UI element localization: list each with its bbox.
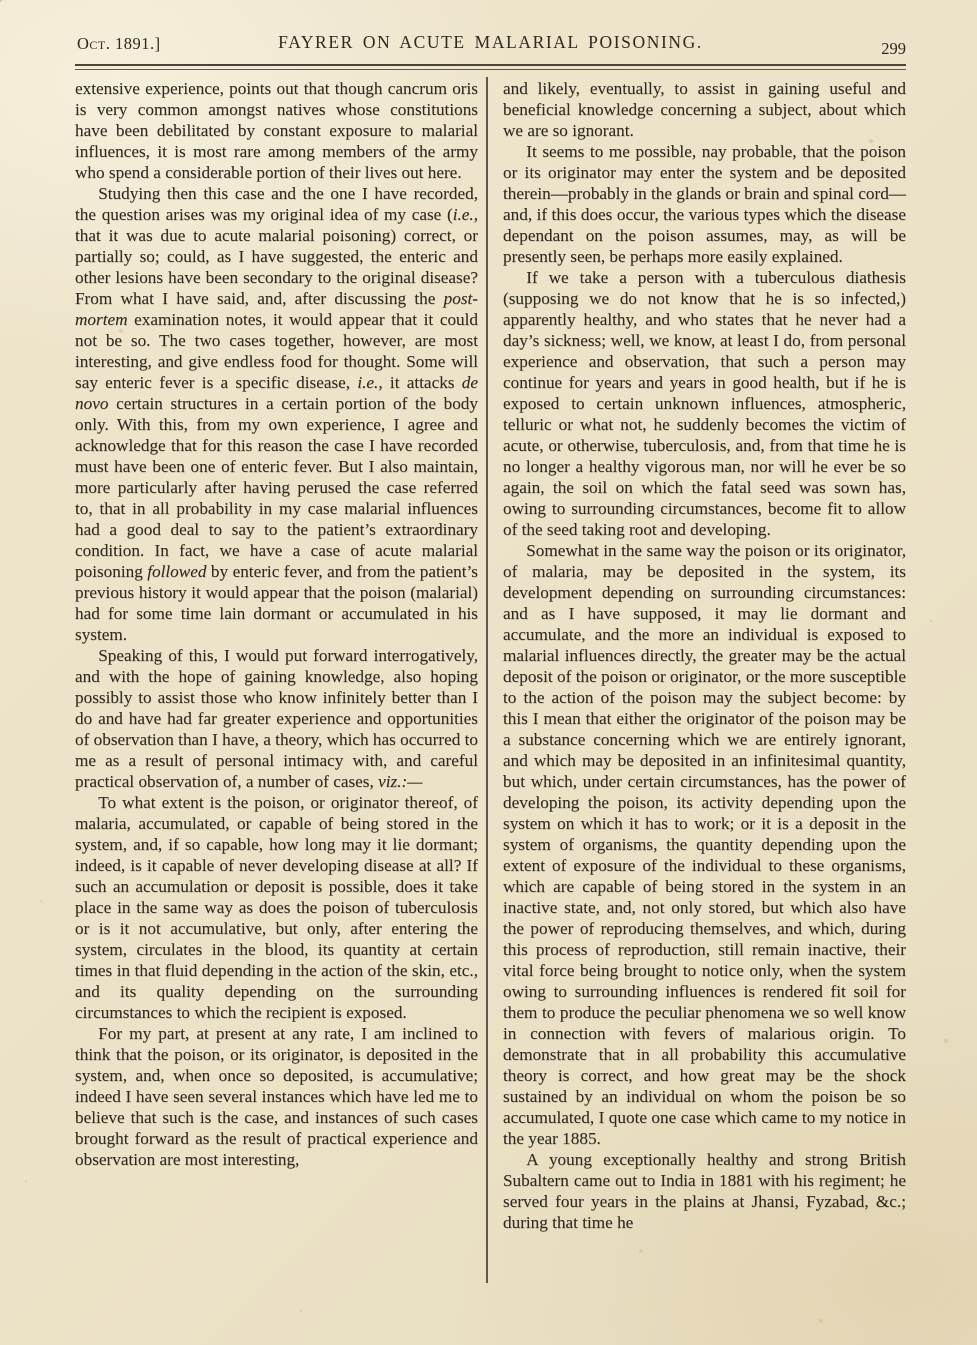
paragraph: Studying then this case and the one I ha… bbox=[75, 183, 478, 645]
page-title: FAYRER ON ACUTE MALARIAL POISONING. bbox=[75, 32, 906, 53]
rule-line-bottom bbox=[75, 69, 906, 70]
left-column: extensive experience, points out that th… bbox=[75, 78, 478, 1233]
rule-line-top bbox=[75, 64, 906, 66]
page-number: 299 bbox=[881, 39, 906, 59]
paragraph: A young exceptionally healthy and strong… bbox=[503, 1149, 906, 1233]
paper-texture-specks bbox=[0, 0, 2, 2]
paragraph: extensive experience, points out that th… bbox=[75, 78, 478, 183]
paragraph: If we take a person with a tuberculous d… bbox=[503, 267, 906, 540]
paragraph: and likely, eventually, to assist in gai… bbox=[503, 78, 906, 141]
text-columns: extensive experience, points out that th… bbox=[75, 78, 906, 1233]
paragraph: To what extent is the poison, or origina… bbox=[75, 792, 478, 1023]
page-header: Oct. 1891.] FAYRER ON ACUTE MALARIAL POI… bbox=[75, 30, 906, 62]
paragraph: It seems to me possible, nay probable, t… bbox=[503, 141, 906, 267]
paragraph: Speaking of this, I would put forward in… bbox=[75, 645, 478, 792]
paragraph: Somewhat in the same way the poison or i… bbox=[503, 540, 906, 1149]
header-double-rule bbox=[75, 64, 906, 70]
paragraph: For my part, at present at any rate, I a… bbox=[75, 1023, 478, 1170]
right-column: and likely, eventually, to assist in gai… bbox=[503, 78, 906, 1233]
scanned-journal-page: { "page": { "header": { "date": "Oct. 18… bbox=[0, 0, 977, 1345]
